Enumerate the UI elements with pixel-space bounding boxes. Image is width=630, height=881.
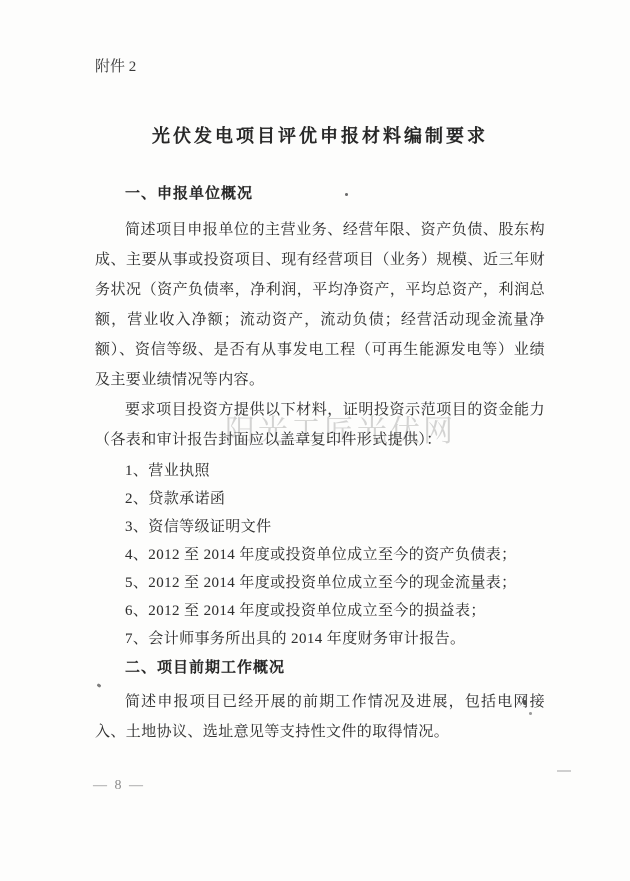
page-number: — 8 — — [93, 778, 145, 794]
attachment-label: 附件 2 — [95, 0, 545, 77]
document-title: 光伏发电项目评优申报材料编制要求 — [95, 123, 545, 149]
list-item: 1、营业执照 — [95, 457, 545, 485]
section-2-paragraph-1: 简述申报项目已经开展的前期工作情况及进展，包括电网接入、土地协议、选址意见等支持… — [95, 687, 545, 747]
list-item: 6、2012 至 2014 年度或投资单位成立至今的损益表； — [95, 597, 545, 625]
list-item: 5、2012 至 2014 年度或投资单位成立至今的现金流量表； — [95, 569, 545, 597]
list-item: 2、贷款承诺函 — [95, 485, 545, 513]
section-1-paragraph-1: 简述项目申报单位的主营业务、经营年限、资产负债、股东构成、主要从事或投资项目、现… — [95, 215, 545, 395]
document-page: 阳光工匠光伏网 附件 2 光伏发电项目评优申报材料编制要求 一、申报单位概况 简… — [0, 0, 630, 881]
required-materials-list: 1、营业执照 2、贷款承诺函 3、资信等级证明文件 4、2012 至 2014 … — [95, 457, 545, 653]
section-heading-2: 二、项目前期工作概况 — [95, 657, 545, 679]
scan-artifact — [557, 770, 571, 772]
document-content: 附件 2 光伏发电项目评优申报材料编制要求 一、申报单位概况 简述项目申报单位的… — [95, 0, 545, 747]
list-item: 4、2012 至 2014 年度或投资单位成立至今的资产负债表； — [95, 541, 545, 569]
section-1-paragraph-2: 要求项目投资方提供以下材料，证明投资示范项目的资金能力（各表和审计报告封面应以盖… — [95, 395, 545, 455]
section-heading-1: 一、申报单位概况 — [95, 183, 545, 205]
list-item: 7、会计师事务所出具的 2014 年度财务审计报告。 — [95, 625, 545, 653]
list-item: 3、资信等级证明文件 — [95, 513, 545, 541]
